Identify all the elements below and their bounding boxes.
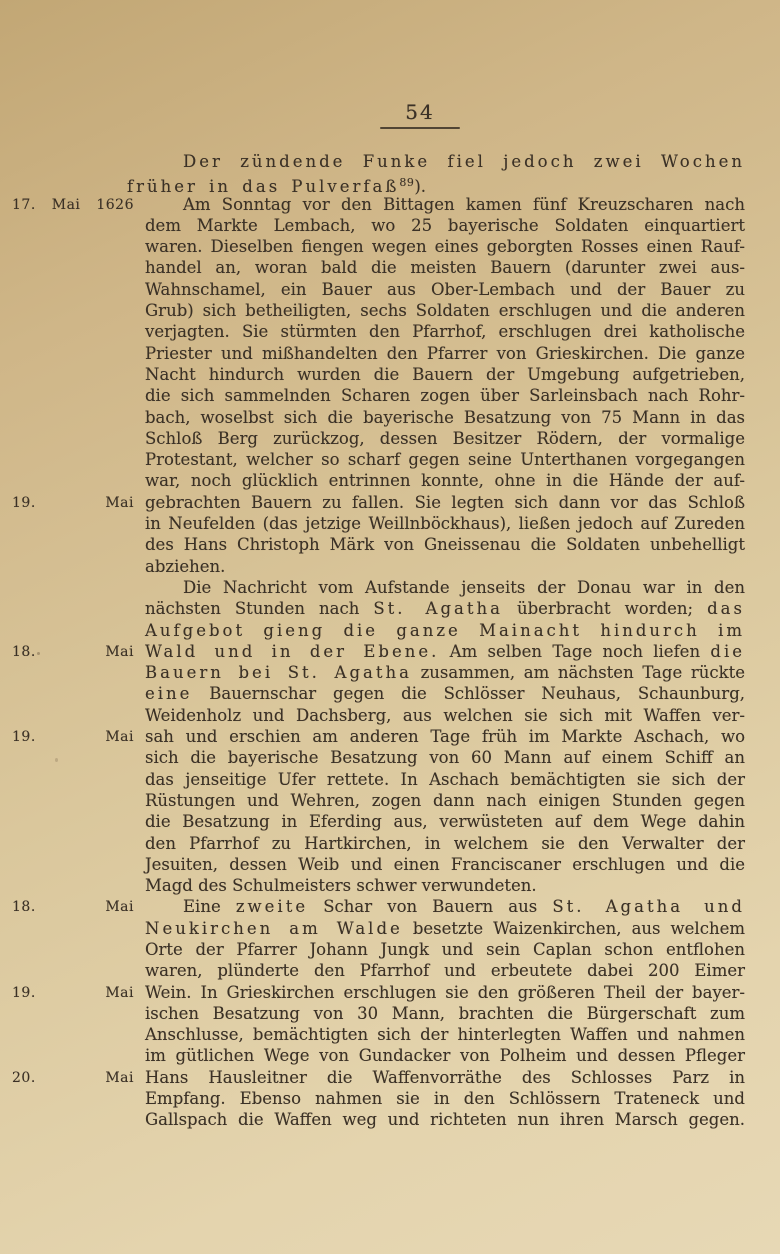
text-segment: Am Sonntag vor den Bittagen kamen fünf K…	[183, 195, 745, 214]
text-segment: den Pfarrhof zu Hartkirchen, in welchem …	[145, 834, 745, 853]
text-line: Anschlusse, bemächtigten sich der hinter…	[145, 1024, 745, 1045]
text-segment: Gallspach die Waffen weg und richteten n…	[145, 1110, 745, 1129]
text-line: die sich sammelnden Scharen zogen über S…	[145, 385, 745, 406]
text-segment: zweite	[236, 897, 308, 916]
text-segment: gebrachten Bauern zu fallen. Sie legten …	[145, 493, 745, 512]
paper-speck	[55, 758, 58, 762]
text-line: 19. Maigebrachten Bauern zu fallen. Sie …	[145, 492, 745, 513]
text-segment: das	[707, 599, 745, 618]
text-line: den Pfarrhof zu Hartkirchen, in welchem …	[145, 833, 745, 854]
text-segment: das jenseitige Ufer rettete. In Aschach …	[145, 770, 745, 789]
text-line: früher in das Pulverfaß89).	[127, 172, 745, 193]
text-line: Wahnschamel, ein Bauer aus Ober-Lembach …	[145, 279, 745, 300]
text-segment: sich die bayerische Besatzung von 60 Man…	[145, 748, 745, 767]
text-segment: Protestant, welcher so scharf gegen sein…	[145, 450, 745, 469]
text-line: Empfang. Ebenso nahmen sie in den Schlös…	[145, 1088, 745, 1109]
text-segment: Grub) sich betheiligten, sechs Soldaten …	[145, 301, 745, 320]
text-line: des Hans Christoph Märk von Gneissenau d…	[145, 534, 745, 555]
text-segment: die sich sammelnden Scharen zogen über S…	[145, 386, 745, 405]
text-segment: bach, woselbst sich die bayerische Besat…	[145, 408, 745, 427]
margin-date: 18. Mai	[12, 642, 134, 663]
text-segment: Die Nachricht vom Aufstande jenseits der…	[183, 578, 745, 597]
text-line: nächsten Stunden nach St. Agatha überbra…	[145, 598, 745, 619]
text-segment: Aufgebot gieng die ganze Mainacht hindur…	[145, 621, 745, 640]
text-line: waren, plünderte den Pfarrhof und erbeut…	[145, 960, 745, 981]
text-line: Orte der Pfarrer Johann Jungk und sein C…	[145, 939, 745, 960]
margin-date: 18. Mai	[12, 897, 134, 918]
text-segment: Wahnschamel, ein Bauer aus Ober-Lembach …	[145, 280, 745, 299]
text-line: Protestant, welcher so scharf gegen sein…	[145, 449, 745, 470]
text-line: die Besatzung in Eferding aus, verwüstet…	[145, 811, 745, 832]
text-segment: waren, plünderte den Pfarrhof und erbeut…	[145, 961, 745, 980]
text-line: 18. MaiWald und in der Ebene. Am selben …	[145, 641, 745, 662]
text-segment: handel an, woran bald die meisten Bauern…	[145, 258, 745, 277]
text-segment: Weidenholz und Dachsberg, aus welchen si…	[145, 706, 745, 725]
text-line: 19. MaiWein. In Grieskirchen erschlugen …	[145, 982, 745, 1003]
text-segment: überbracht worden;	[503, 599, 707, 618]
text-segment: Neukirchen am Walde	[145, 919, 403, 938]
text-segment: Am selben Tage noch liefen	[439, 642, 710, 661]
page-number: 54	[340, 100, 500, 124]
text-line: handel an, woran bald die meisten Bauern…	[145, 257, 745, 278]
text-segment: Schloß Berg zurückzog, dessen Besitzer R…	[145, 429, 745, 448]
text-segment: Wein. In Grieskirchen erschlugen sie den…	[145, 983, 745, 1002]
text-segment: sah und erschien am anderen Tage früh im…	[145, 727, 745, 746]
text-line: abziehen.	[145, 556, 745, 577]
text-segment: Empfang. Ebenso nahmen sie in den Schlös…	[145, 1089, 745, 1108]
text-segment: St. Agatha	[373, 599, 503, 618]
text-block: Der zündende Funke fiel jedoch zwei Woch…	[145, 151, 745, 1131]
margin-date: 20. Mai	[12, 1068, 134, 1089]
text-line: Bauern bei St. Agatha zusammen, am nächs…	[145, 662, 745, 683]
page-number-rule	[380, 127, 460, 129]
text-line: 20. MaiHans Hausleitner die Waffenvorrät…	[145, 1067, 745, 1088]
text-segment: Wald und in der Ebene.	[145, 642, 439, 661]
text-line: in Neufelden (das jetzige Weillnböckhaus…	[145, 513, 745, 534]
text-line: Weidenholz und Dachsberg, aus welchen si…	[145, 705, 745, 726]
text-segment: zusammen, am nächsten Tage rückte	[412, 663, 745, 682]
text-line: Rüstungen und Wehren, zogen dann nach ei…	[145, 790, 745, 811]
text-line: Neukirchen am Walde besetzte Waizenkirch…	[145, 918, 745, 939]
text-segment: St. Agatha und	[552, 897, 745, 916]
text-line: verjagten. Sie stürmten den Pfarrhof, er…	[145, 321, 745, 342]
text-line: waren. Dieselben fiengen wegen eines geb…	[145, 236, 745, 257]
margin-date: 17. Mai 1626	[12, 195, 134, 216]
text-line: sich die bayerische Besatzung von 60 Man…	[145, 747, 745, 768]
text-line: eine Bauernschar gegen die Schlösser Neu…	[145, 683, 745, 704]
text-segment: besetzte Waizenkirchen, aus welchem	[403, 919, 745, 938]
text-segment: die	[710, 642, 745, 661]
text-segment: eine	[145, 684, 192, 703]
margin-date: 19. Mai	[12, 493, 134, 514]
text-line: 17. Mai 1626Am Sonntag vor den Bittagen …	[145, 194, 745, 215]
margin-date: 19. Mai	[12, 983, 134, 1004]
text-line: Nacht hindurch wurden die Bauern der Umg…	[145, 364, 745, 385]
text-line: 18. MaiEine zweite Schar von Bauern aus …	[145, 896, 745, 917]
paper-speck	[37, 652, 40, 655]
text-line: Der zündende Funke fiel jedoch zwei Woch…	[145, 151, 745, 172]
text-segment: Orte der Pfarrer Johann Jungk und sein C…	[145, 940, 745, 959]
text-line: 19. Maisah und erschien am anderen Tage …	[145, 726, 745, 747]
text-segment: des Hans Christoph Märk von Gneissenau d…	[145, 535, 745, 554]
text-segment: Hans Hausleitner die Waffenvorräthe des …	[145, 1068, 745, 1087]
text-segment: Nacht hindurch wurden die Bauern der Umg…	[145, 365, 745, 384]
text-segment: Bauern bei St. Agatha	[145, 663, 412, 682]
text-segment: Jesuiten, dessen Weib und einen Francisc…	[145, 855, 745, 874]
text-line: Schloß Berg zurückzog, dessen Besitzer R…	[145, 428, 745, 449]
text-segment: abziehen.	[145, 557, 225, 576]
text-segment: Anschlusse, bemächtigten sich der hinter…	[145, 1025, 745, 1044]
text-segment: nächsten Stunden nach	[145, 599, 373, 618]
text-segment: dem Markte Lembach, wo 25 bayerische Sol…	[145, 216, 745, 235]
text-segment: Schar von Bauern aus	[308, 897, 552, 916]
margin-date: 19. Mai	[12, 727, 134, 748]
text-segment: die Besatzung in Eferding aus, verwüstet…	[145, 812, 745, 831]
text-line: Gallspach die Waffen weg und richteten n…	[145, 1109, 745, 1130]
text-segment: waren. Dieselben fiengen wegen eines geb…	[145, 237, 745, 256]
text-line: ischen Besatzung von 30 Mann, brachten d…	[145, 1003, 745, 1024]
book-page: { "theme": { "ink": "#3b3126", "paper_to…	[0, 0, 780, 1254]
footnote-marker: 89	[399, 176, 414, 189]
text-segment: Priester und mißhandelten den Pfarrer vo…	[145, 344, 745, 363]
text-line: bach, woselbst sich die bayerische Besat…	[145, 407, 745, 428]
text-segment: war, noch glücklich entrinnen konnte, oh…	[145, 471, 745, 490]
text-line: war, noch glücklich entrinnen konnte, oh…	[145, 470, 745, 491]
page-header: 54	[340, 100, 500, 129]
text-line: Aufgebot gieng die ganze Mainacht hindur…	[145, 620, 745, 641]
text-segment: ischen Besatzung von 30 Mann, brachten d…	[145, 1004, 745, 1023]
text-line: im gütlichen Wege von Gundacker von Polh…	[145, 1045, 745, 1066]
text-segment: in Neufelden (das jetzige Weillnböckhaus…	[145, 514, 745, 533]
text-line: Priester und mißhandelten den Pfarrer vo…	[145, 343, 745, 364]
text-segment: im gütlichen Wege von Gundacker von Polh…	[145, 1046, 745, 1065]
text-segment: verjagten. Sie stürmten den Pfarrhof, er…	[145, 322, 745, 341]
text-line: Jesuiten, dessen Weib und einen Francisc…	[145, 854, 745, 875]
text-line: dem Markte Lembach, wo 25 bayerische Sol…	[145, 215, 745, 236]
text-line: Magd des Schulmeisters schwer verwundete…	[145, 875, 745, 896]
text-segment: Bauernschar gegen die Schlösser Neuhaus,…	[192, 684, 745, 703]
text-line: das jenseitige Ufer rettete. In Aschach …	[145, 769, 745, 790]
text-segment: Magd des Schulmeisters schwer verwundete…	[145, 876, 537, 895]
text-segment: Rüstungen und Wehren, zogen dann nach ei…	[145, 791, 745, 810]
text-segment: Der zündende Funke fiel jedoch zwei Woch…	[183, 152, 745, 171]
text-segment: Eine	[183, 897, 236, 916]
text-line: Die Nachricht vom Aufstande jenseits der…	[145, 577, 745, 598]
text-line: Grub) sich betheiligten, sechs Soldaten …	[145, 300, 745, 321]
